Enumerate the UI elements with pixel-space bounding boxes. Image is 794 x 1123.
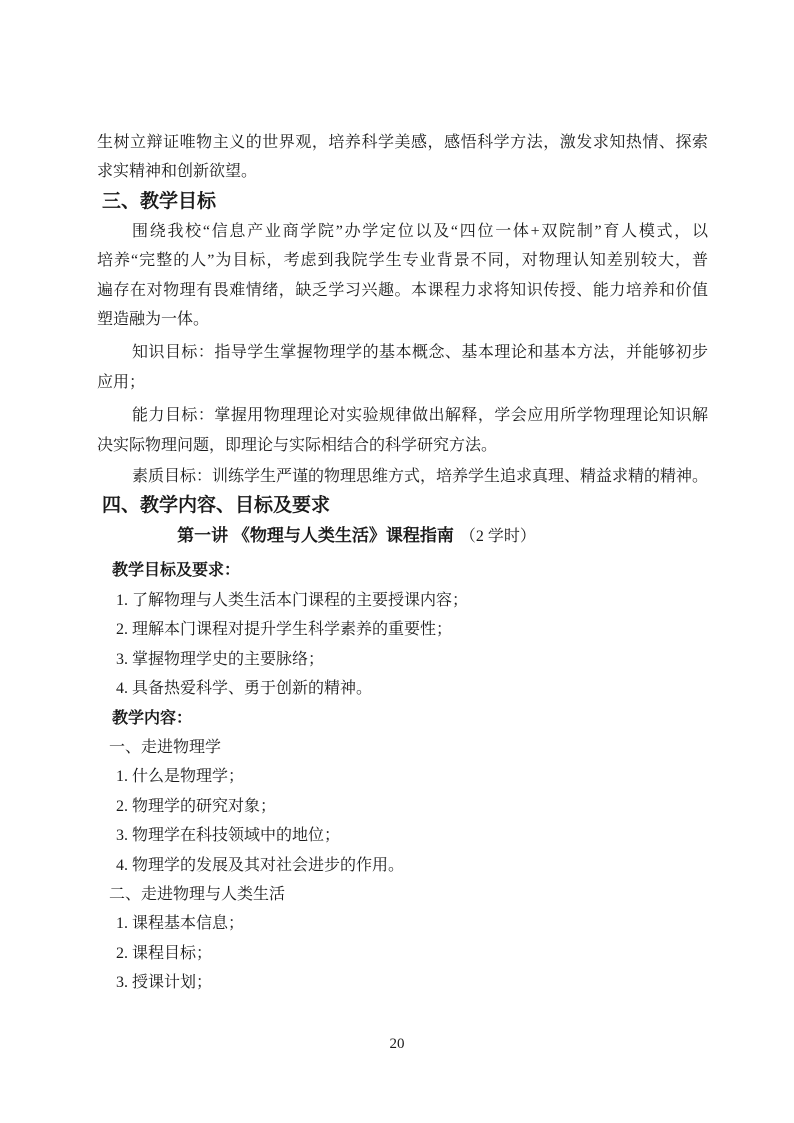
content-subheading: 教学内容： bbox=[97, 704, 708, 733]
lecture-title: 第一讲 《物理与人类生活》课程指南（2 学时） bbox=[97, 521, 708, 552]
text-line: 培养“完整的人”为目标，考虑到我院学生专业背景不同，对物理认知差别较大，普 bbox=[97, 246, 708, 275]
text-line: 知识目标：指导学生掌握物理学的基本概念、基本理论和基本方法，并能够初步 bbox=[97, 338, 708, 367]
lecture-title-text: 第一讲 《物理与人类生活》课程指南 bbox=[177, 526, 454, 545]
list-item: 3. 授课计划； bbox=[97, 968, 708, 997]
section-heading-teaching-content: 四、教学内容、目标及要求 bbox=[97, 491, 708, 521]
objectives-subheading: 教学目标及要求： bbox=[97, 556, 708, 585]
text-line: 遍存在对物理有畏难情绪，缺乏学习兴趣。本课程力求将知识传授、能力培养和价值 bbox=[97, 276, 708, 305]
list-item: 4. 物理学的发展及其对社会进步的作用。 bbox=[97, 851, 708, 880]
content-part-heading: 一、走进物理学 bbox=[97, 733, 708, 762]
text-line: 生树立辩证唯物主义的世界观，培养科学美感，感悟科学方法，激发求知热情、探索 bbox=[97, 128, 708, 157]
lecture-hours: （2 学时） bbox=[460, 528, 536, 545]
list-item: 1. 什么是物理学； bbox=[97, 762, 708, 791]
page-number: 20 bbox=[0, 1034, 794, 1054]
paragraph-ability-objective: 能力目标：掌握用物理理论对实验规律做出解释，学会应用所学物理理论知识解 决实际物… bbox=[97, 401, 708, 460]
paragraph-knowledge-objective: 知识目标：指导学生掌握物理学的基本概念、基本理论和基本方法，并能够初步 应用； bbox=[97, 338, 708, 397]
text-line: 围绕我校“信息产业商学院”办学定位以及“四位一体+双院制”育人模式，以 bbox=[97, 217, 708, 246]
objectives-list: 1. 了解物理与人类生活本门课程的主要授课内容； 2. 理解本门课程对提升学生科… bbox=[97, 586, 708, 704]
page-body: 生树立辩证唯物主义的世界观，培养科学美感，感悟科学方法，激发求知热情、探索 求实… bbox=[97, 128, 708, 998]
list-item: 1. 课程基本信息； bbox=[97, 909, 708, 938]
text-line: 求实精神和创新欲望。 bbox=[97, 157, 708, 186]
list-item: 3. 掌握物理学史的主要脉络； bbox=[97, 645, 708, 674]
text-line: 素质目标：训练学生严谨的物理思维方式，培养学生追求真理、精益求精的精神。 bbox=[97, 462, 708, 491]
text-line: 能力目标：掌握用物理理论对实验规律做出解释，学会应用所学物理理论知识解 bbox=[97, 401, 708, 430]
list-item: 2. 物理学的研究对象； bbox=[97, 792, 708, 821]
text-line: 决实际物理问题，即理论与实际相结合的科学研究方法。 bbox=[97, 431, 708, 460]
content-part-heading: 二、走进物理与人类生活 bbox=[97, 880, 708, 909]
text-line: 应用； bbox=[97, 368, 708, 397]
paragraph-orientation: 围绕我校“信息产业商学院”办学定位以及“四位一体+双院制”育人模式，以 培养“完… bbox=[97, 217, 708, 335]
list-item: 2. 课程目标； bbox=[97, 939, 708, 968]
section-heading-teaching-objectives: 三、教学目标 bbox=[97, 187, 708, 217]
paragraph-quality-objective: 素质目标：训练学生严谨的物理思维方式，培养学生追求真理、精益求精的精神。 bbox=[97, 462, 708, 491]
text-line: 塑造融为一体。 bbox=[97, 305, 708, 334]
list-item: 2. 理解本门课程对提升学生科学素养的重要性； bbox=[97, 615, 708, 644]
list-item: 1. 了解物理与人类生活本门课程的主要授课内容； bbox=[97, 586, 708, 615]
document-page: 生树立辩证唯物主义的世界观，培养科学美感，感悟科学方法，激发求知热情、探索 求实… bbox=[0, 0, 794, 1123]
list-item: 4. 具备热爱科学、勇于创新的精神。 bbox=[97, 674, 708, 703]
intro-paragraph: 生树立辩证唯物主义的世界观，培养科学美感，感悟科学方法，激发求知热情、探索 求实… bbox=[97, 128, 708, 187]
content-list: 一、走进物理学 1. 什么是物理学； 2. 物理学的研究对象； 3. 物理学在科… bbox=[97, 733, 708, 998]
list-item: 3. 物理学在科技领域中的地位； bbox=[97, 821, 708, 850]
